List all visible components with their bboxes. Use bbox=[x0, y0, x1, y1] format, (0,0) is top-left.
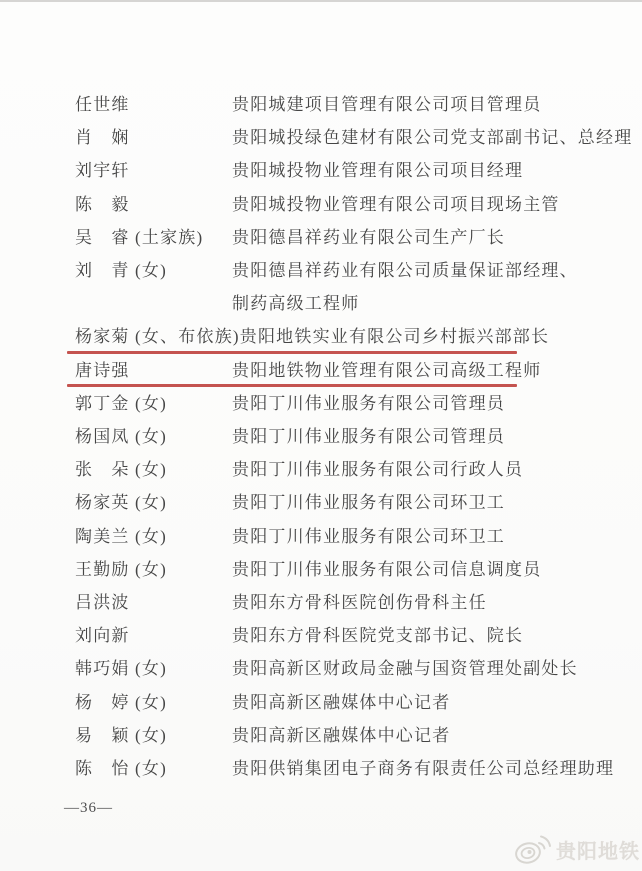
list-row: 韩巧娟 (女)贵阳高新区财政局金融与国资管理处副处长 bbox=[75, 652, 622, 685]
watermark-text: 贵阳地铁 bbox=[556, 835, 640, 864]
person-position: 贵阳丁川伟业服务有限公司管理员 bbox=[232, 387, 505, 420]
person-name: 吴 睿 (土家族) bbox=[75, 221, 232, 254]
list-row: 任世维贵阳城建项目管理有限公司项目管理员 bbox=[75, 88, 622, 121]
list-row: 刘 青 (女)贵阳德昌祥药业有限公司质量保证部经理、 制药高级工程师 bbox=[75, 254, 622, 320]
recognition-list: 任世维贵阳城建项目管理有限公司项目管理员肖 娴贵阳城投绿色建材有限公司党支部副书… bbox=[75, 88, 622, 785]
list-row: 易 颖 (女)贵阳高新区融媒体中心记者 bbox=[75, 719, 622, 752]
person-name: 韩巧娟 (女) bbox=[75, 652, 232, 685]
person-name: 任世维 bbox=[75, 88, 232, 121]
list-row: 郭丁金 (女)贵阳丁川伟业服务有限公司管理员 bbox=[75, 387, 622, 420]
photo-top-edge bbox=[0, 0, 642, 2]
list-row: 杨国凤 (女)贵阳丁川伟业服务有限公司管理员 bbox=[75, 420, 622, 453]
person-name: 杨 婷 (女) bbox=[75, 686, 232, 719]
person-name: 刘宇轩 bbox=[75, 154, 232, 187]
list-row: 刘宇轩贵阳城投物业管理有限公司项目经理 bbox=[75, 154, 622, 187]
person-name: 刘向新 bbox=[75, 619, 232, 652]
person-name: 唐诗强 bbox=[75, 354, 232, 387]
person-name: 陈 怡 (女) bbox=[75, 752, 232, 785]
list-row: 刘向新贵阳东方骨科医院党支部书记、院长 bbox=[75, 619, 622, 652]
person-name: 王勤励 (女) bbox=[75, 553, 232, 586]
list-row: 陶美兰 (女)贵阳丁川伟业服务有限公司环卫工 bbox=[75, 520, 622, 553]
weibo-icon bbox=[513, 832, 553, 866]
person-name: 吕洪波 bbox=[75, 586, 232, 619]
list-row: 杨家菊 (女、布依族)贵阳地铁实业有限公司乡村振兴部部长 bbox=[75, 320, 622, 353]
weibo-watermark: 贵阳地铁 bbox=[513, 832, 640, 866]
list-row: 杨 婷 (女)贵阳高新区融媒体中心记者 bbox=[75, 686, 622, 719]
person-position: 贵阳地铁实业有限公司乡村振兴部部长 bbox=[240, 320, 549, 353]
person-name: 肖 娴 bbox=[75, 121, 232, 154]
person-position: 贵阳高新区融媒体中心记者 bbox=[232, 686, 450, 719]
person-position: 贵阳东方骨科医院创伤骨科主任 bbox=[232, 586, 487, 619]
person-position: 贵阳丁川伟业服务有限公司环卫工 bbox=[232, 486, 505, 519]
list-row: 张 朵 (女)贵阳丁川伟业服务有限公司行政人员 bbox=[75, 453, 622, 486]
person-name: 陶美兰 (女) bbox=[75, 520, 232, 553]
person-position: 贵阳东方骨科医院党支部书记、院长 bbox=[232, 619, 523, 652]
list-row: 杨家英 (女)贵阳丁川伟业服务有限公司环卫工 bbox=[75, 486, 622, 519]
person-name: 郭丁金 (女) bbox=[75, 387, 232, 420]
person-position: 贵阳丁川伟业服务有限公司信息调度员 bbox=[232, 553, 541, 586]
person-position: 贵阳城投物业管理有限公司项目经理 bbox=[232, 154, 523, 187]
person-position: 贵阳高新区融媒体中心记者 bbox=[232, 719, 450, 752]
person-position: 贵阳城投物业管理有限公司项目现场主管 bbox=[232, 188, 560, 221]
list-row: 陈 怡 (女)贵阳供销集团电子商务有限责任公司总经理助理 bbox=[75, 752, 622, 785]
person-name: 张 朵 (女) bbox=[75, 453, 232, 486]
list-row: 陈 毅贵阳城投物业管理有限公司项目现场主管 bbox=[75, 188, 622, 221]
person-position: 贵阳丁川伟业服务有限公司行政人员 bbox=[232, 453, 523, 486]
person-name: 刘 青 (女) bbox=[75, 254, 232, 287]
list-row: 肖 娴贵阳城投绿色建材有限公司党支部副书记、总经理 bbox=[75, 121, 622, 154]
person-position: 贵阳德昌祥药业有限公司质量保证部经理、 制药高级工程师 bbox=[232, 254, 578, 320]
person-position: 贵阳高新区财政局金融与国资管理处副处长 bbox=[232, 652, 578, 685]
person-position: 贵阳丁川伟业服务有限公司管理员 bbox=[232, 420, 505, 453]
person-position: 贵阳地铁物业管理有限公司高级工程师 bbox=[232, 354, 541, 387]
list-row: 王勤励 (女)贵阳丁川伟业服务有限公司信息调度员 bbox=[75, 553, 622, 586]
list-row: 吴 睿 (土家族)贵阳德昌祥药业有限公司生产厂长 bbox=[75, 221, 622, 254]
person-position: 贵阳供销集团电子商务有限责任公司总经理助理 bbox=[232, 752, 614, 785]
person-position: 贵阳德昌祥药业有限公司生产厂长 bbox=[232, 221, 505, 254]
list-row: 唐诗强贵阳地铁物业管理有限公司高级工程师 bbox=[75, 354, 622, 387]
person-name: 杨家菊 (女、布依族) bbox=[75, 320, 240, 353]
page-number: —36— bbox=[64, 800, 113, 817]
person-position: 贵阳城建项目管理有限公司项目管理员 bbox=[232, 88, 541, 121]
person-position: 贵阳城投绿色建材有限公司党支部副书记、总经理 bbox=[232, 121, 632, 154]
person-name: 陈 毅 bbox=[75, 188, 232, 221]
list-row: 吕洪波贵阳东方骨科医院创伤骨科主任 bbox=[75, 586, 622, 619]
person-name: 杨家英 (女) bbox=[75, 486, 232, 519]
person-name: 杨国凤 (女) bbox=[75, 420, 232, 453]
person-name: 易 颖 (女) bbox=[75, 719, 232, 752]
person-position: 贵阳丁川伟业服务有限公司环卫工 bbox=[232, 520, 505, 553]
